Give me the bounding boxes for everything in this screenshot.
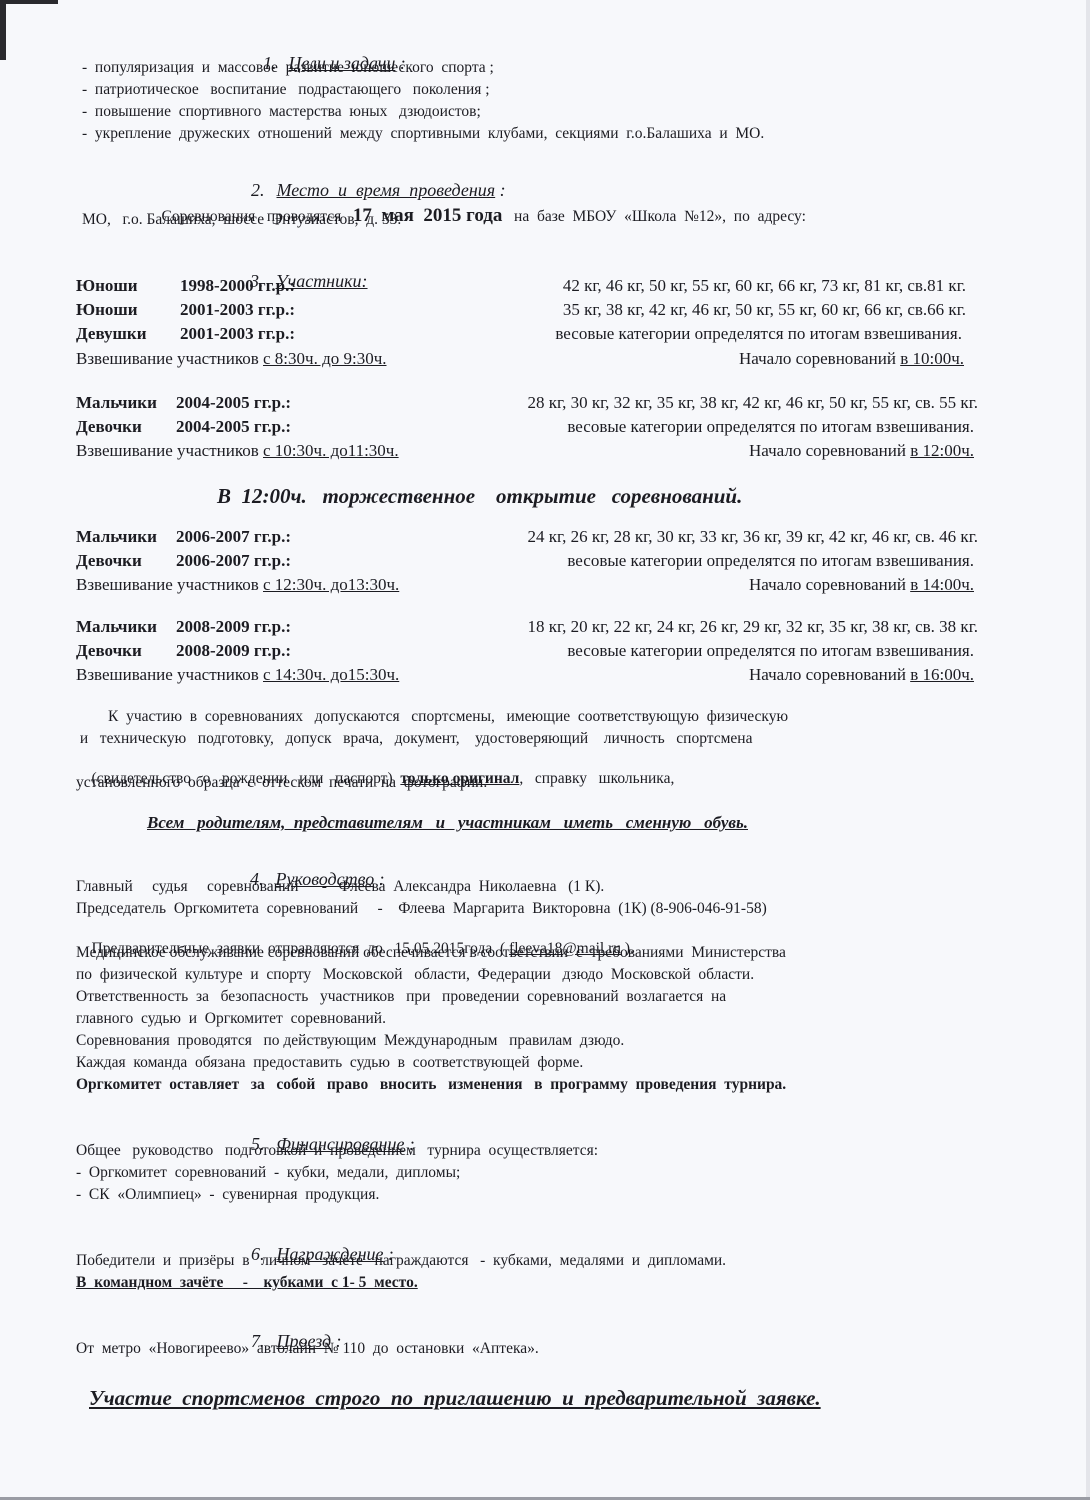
financing-line: - Оргкомитет соревнований - кубки, медал… xyxy=(76,1164,460,1182)
weigh-in-time: с 8:30ч. до 9:30ч. xyxy=(263,349,387,368)
opening-notice: В 12:00ч. торжественное открытие соревно… xyxy=(217,484,742,508)
organizer-note: Оргкомитет оставляет за собой право внос… xyxy=(76,1076,786,1094)
management-line: Председатель Оргкомитета соревнований - … xyxy=(76,900,767,918)
financing-line: - СК «Олимпиец» - сувенирная продукция. xyxy=(76,1186,379,1204)
final-notice: Участие спортсменов строго по приглашени… xyxy=(89,1385,821,1411)
start-time: в 14:00ч. xyxy=(910,575,974,594)
goal-item: - популяризация и массовое развитие юнош… xyxy=(82,59,494,77)
shoes-notice: Всем родителям, представителям и участни… xyxy=(147,814,748,832)
admission-text: и техническую подготовку, допуск врача, … xyxy=(76,730,752,748)
goal-item: - укрепление дружеских отношений между с… xyxy=(82,125,764,143)
management-line: Соревнования проводятся по действующим М… xyxy=(76,1032,624,1050)
start-time: в 16:00ч. xyxy=(910,665,974,684)
team-awards-line: В командном зачёте - кубками с 1- 5 мест… xyxy=(76,1274,418,1292)
admission-text: К участию в соревнованиях допускаются сп… xyxy=(108,708,788,726)
financing-line: Общее руководство подготовкой и проведен… xyxy=(76,1142,598,1160)
management-line: Медицинское обслуживание соревнований об… xyxy=(76,944,786,962)
weigh-in-time: с 10:30ч. до11:30ч. xyxy=(263,441,399,460)
management-line: Главный судья соревнований - Флеева Алек… xyxy=(76,878,604,896)
management-line: Ответственность за безопасность участник… xyxy=(76,988,726,1006)
travel-line: От метро «Новогиреево» автолайн № 110 до… xyxy=(76,1340,539,1358)
management-line: по физической культуре и спорту Московск… xyxy=(76,966,754,984)
management-line: Каждая команда обязана предоставить судь… xyxy=(76,1054,583,1072)
start-time: в 10:00ч. xyxy=(900,349,964,368)
goal-item: - патриотическое воспитание подрастающег… xyxy=(82,81,490,99)
management-line: главного судью и Оргкомитет соревнований… xyxy=(76,1010,386,1028)
awards-line: Победители и призёры в личном зачёте наг… xyxy=(76,1252,726,1270)
event-address: МО, г.о. Балашиха, шоссе Энтузиастов, д.… xyxy=(82,211,401,229)
weigh-in-time: с 12:30ч. до13:30ч. xyxy=(263,575,399,594)
goal-item: - повышение спортивного мастерства юных … xyxy=(82,103,481,121)
document-page: 1.Цели и задачи : - популяризация и масс… xyxy=(0,0,1090,1500)
weigh-in-time: с 14:30ч. до15:30ч. xyxy=(263,665,399,684)
start-time: в 12:00ч. xyxy=(910,441,974,460)
admission-text: установленного образца с оттеском печати… xyxy=(76,774,487,792)
